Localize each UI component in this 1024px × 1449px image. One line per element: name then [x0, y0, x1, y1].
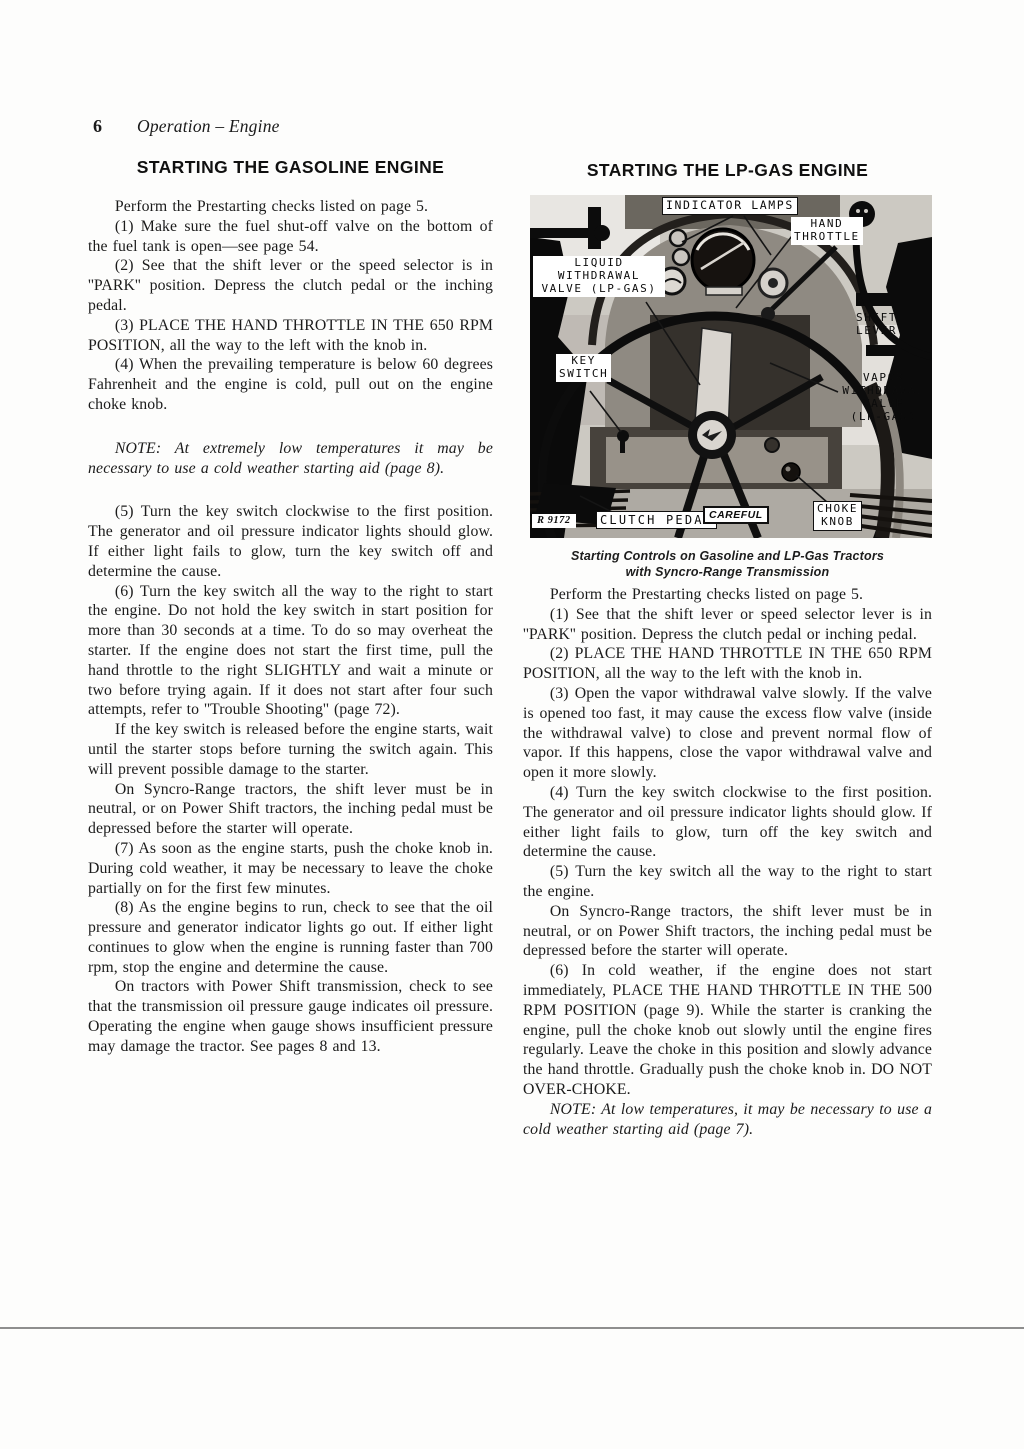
paragraph: NOTE: At extremely low temperatures it m…: [88, 439, 493, 479]
paragraph: (6) In cold weather, if the engine does …: [523, 961, 932, 1100]
paragraph: (2) PLACE THE HAND THROTTLE IN THE 650 R…: [523, 644, 932, 684]
section-title: Operation – Engine: [137, 116, 280, 137]
figure-label-clutch-pedal: CLUTCH PEDAL: [596, 511, 717, 529]
paragraph: (3) Open the vapor withdrawal valve slow…: [523, 684, 932, 783]
figure-label-indicator-lamps: INDICATOR LAMPS: [662, 197, 798, 215]
photo-id-label: R 9172: [532, 514, 576, 528]
paragraph: Perform the Prestarting checks listed on…: [88, 197, 493, 217]
paragraph: If the key switch is released before the…: [88, 720, 493, 779]
paragraph: (2) See that the shift lever or the spee…: [88, 256, 493, 315]
figure-label-hand-throttle: HAND THROTTLE: [791, 217, 863, 245]
heading-gasoline-engine: STARTING THE GASOLINE ENGINE: [88, 157, 493, 178]
figure-label-liquid-withdrawal-valve: LIQUID WITHDRAWAL VALVE (LP-GAS): [533, 256, 665, 297]
heading-lp-gas-engine: STARTING THE LP-GAS ENGINE: [523, 160, 932, 181]
gasoline-engine-text-column: Perform the Prestarting checks listed on…: [88, 197, 493, 1057]
figure-label-vapor-withdrawal-valve: VAPOR WITHDRAWAL VALVE (LP-GAS): [835, 372, 932, 424]
paragraph: On tractors with Power Shift transmissio…: [88, 977, 493, 1056]
paragraph: (4) Turn the key switch clockwise to the…: [523, 783, 932, 862]
paragraph: (5) Turn the key switch clockwise to the…: [88, 502, 493, 581]
figure-caption-line1: Starting Controls on Gasoline and LP-Gas…: [523, 549, 932, 565]
figure-label-choke-knob: CHOKE KNOB: [813, 501, 862, 531]
lp-gas-engine-text-column: Perform the Prestarting checks listed on…: [523, 585, 932, 1139]
careful-decal: CAREFUL: [703, 506, 769, 524]
page-number: 6: [93, 116, 102, 137]
page-bottom-rule: [0, 1327, 1024, 1329]
paragraph: NOTE: At low temperatures, it may be nec…: [523, 1100, 932, 1140]
paragraph: On Syncro-Range tractors, the shift leve…: [523, 902, 932, 961]
paragraph: On Syncro-Range tractors, the shift leve…: [88, 780, 493, 839]
paragraph: (7) As soon as the engine starts, push t…: [88, 839, 493, 898]
figure-label-key-switch: KEY SWITCH: [556, 354, 611, 382]
figure-starting-controls-photo: INDICATOR LAMPS HAND THROTTLE LIQUID WIT…: [530, 195, 932, 538]
page-header: 6 Operation – Engine: [93, 116, 513, 137]
figure-label-shift-lever: SHIFT LEVER: [853, 311, 900, 339]
paragraph: (5) Turn the key switch all the way to t…: [523, 862, 932, 902]
paragraph: (3) PLACE THE HAND THROTTLE IN THE 650 R…: [88, 316, 493, 356]
paragraph: (1) Make sure the fuel shut-off valve on…: [88, 217, 493, 257]
paragraph: Perform the Prestarting checks listed on…: [523, 585, 932, 605]
paragraph: (1) See that the shift lever or speed se…: [523, 605, 932, 645]
paragraph: (6) Turn the key switch all the way to t…: [88, 582, 493, 721]
paragraph: (4) When the prevailing temperature is b…: [88, 355, 493, 414]
paragraph: (8) As the engine begins to run, check t…: [88, 898, 493, 977]
figure-caption-line2: with Syncro-Range Transmission: [523, 565, 932, 581]
figure-caption: Starting Controls on Gasoline and LP-Gas…: [523, 549, 932, 580]
